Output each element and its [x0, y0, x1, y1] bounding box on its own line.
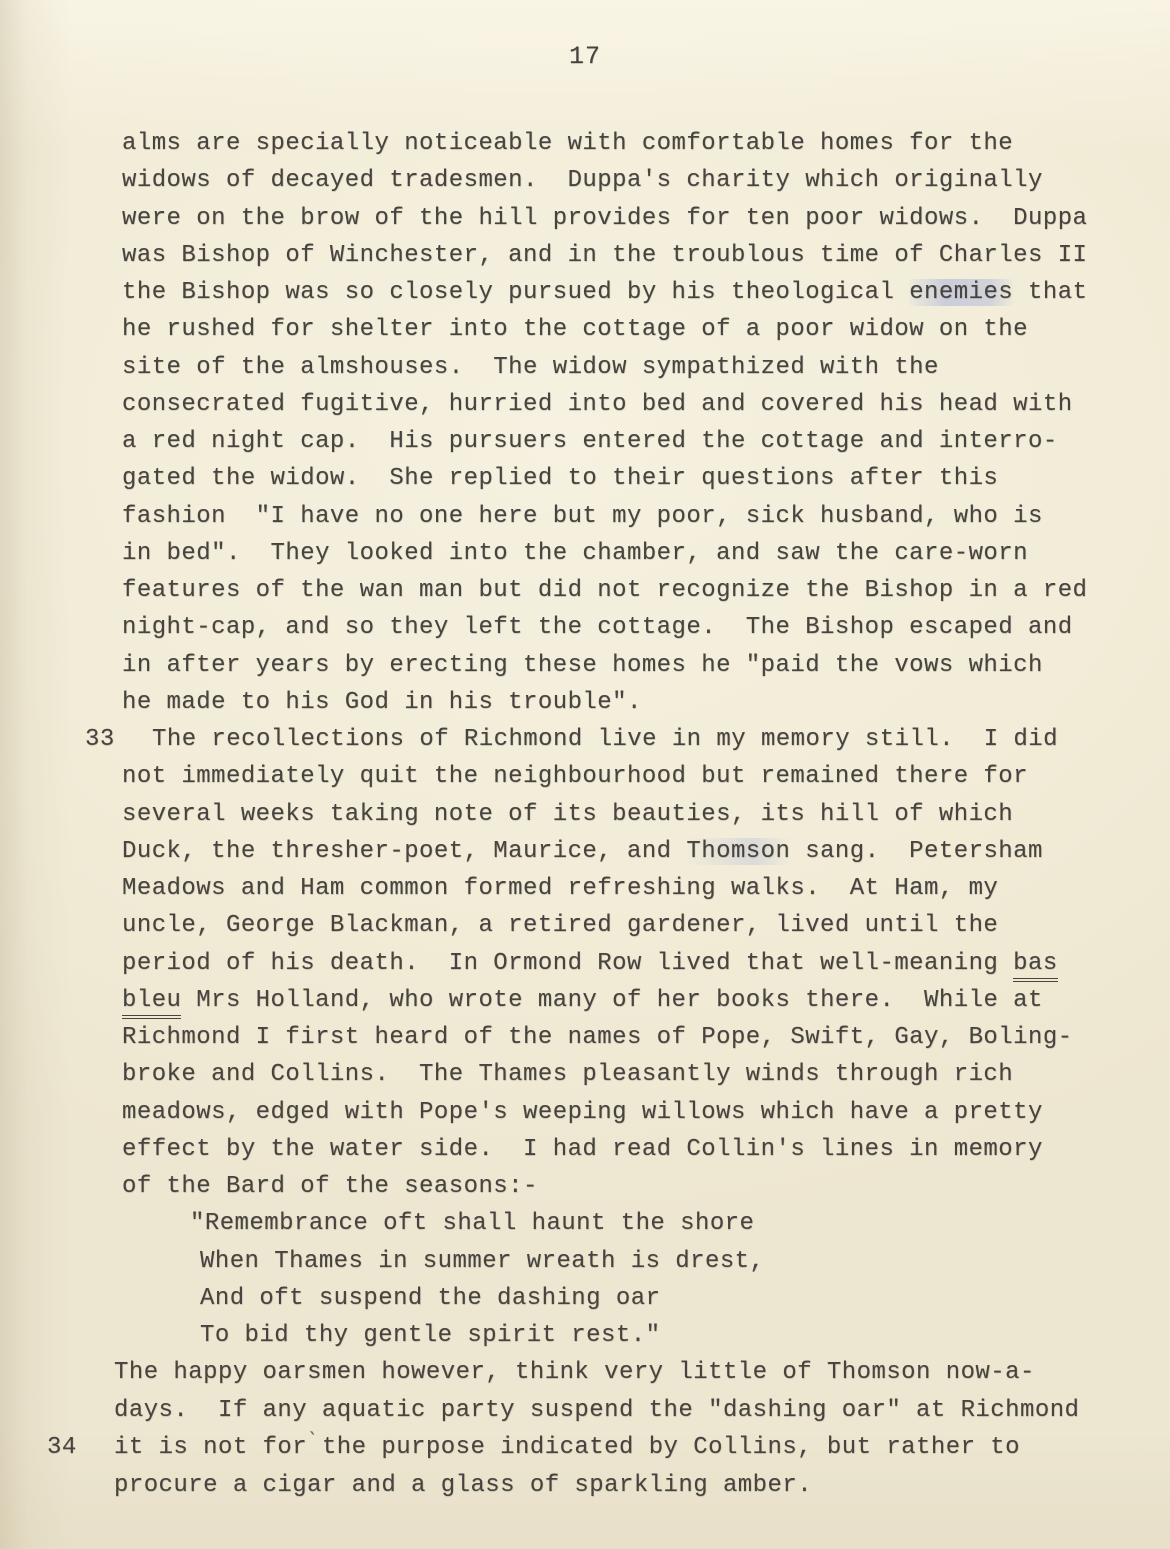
text-segment: several weeks taking note of its beautie…: [122, 801, 1013, 828]
margin-paragraph-number: 33: [85, 721, 115, 758]
text-line: several weeks taking note of its beautie…: [122, 796, 1132, 833]
text-segment: The happy oarsmen however, think very li…: [114, 1359, 1035, 1386]
text-segment: Thomson: [686, 838, 790, 865]
text-line: in bed". They looked into the chamber, a…: [122, 535, 1132, 572]
text-line: bleu Mrs Holland, who wrote many of her …: [122, 982, 1132, 1019]
text-segment: days. If any aquatic party suspend the "…: [114, 1397, 1079, 1424]
typewritten-text-block: alms are specially noticeable with comfo…: [122, 125, 1132, 1504]
text-segment: Duck, the thresher-poet, Maurice, and: [122, 838, 686, 865]
text-line: uncle, George Blackman, a retired garden…: [122, 907, 1132, 944]
text-segment: widows of decayed tradesmen. Duppa's cha…: [122, 167, 1043, 194]
text-segment: site of the almshouses. The widow sympat…: [122, 354, 939, 381]
text-line: alms are specially noticeable with comfo…: [122, 125, 1132, 162]
text-segment: broke and Collins. The Thames pleasantly…: [122, 1061, 1013, 1088]
margin-paragraph-number: 34: [47, 1429, 77, 1466]
text-segment: gated the widow. She replied to their qu…: [122, 465, 998, 492]
text-segment: that: [1013, 279, 1087, 306]
text-line: fashion "I have no one here but my poor,…: [122, 498, 1132, 535]
text-line: Richmond I first heard of the names of P…: [122, 1019, 1132, 1056]
text-segment: The recollections of Richmond live in my…: [152, 726, 1058, 753]
text-line: And oft suspend the dashing oar: [200, 1280, 1132, 1317]
text-segment: period of his death. In Ormond Row lived…: [122, 950, 1013, 977]
text-segment: alms are specially noticeable with comfo…: [122, 130, 1013, 157]
text-segment: a red night cap. His pursuers entered th…: [122, 428, 1058, 455]
text-line: in after years by erecting these homes h…: [122, 647, 1132, 684]
text-segment: meadows, edged with Pope's weeping willo…: [122, 1099, 1043, 1126]
text-line: days. If any aquatic party suspend the "…: [114, 1392, 1132, 1429]
scanned-typewritten-page: 17 alms are specially noticeable with co…: [0, 0, 1170, 1549]
text-line: a red night cap. His pursuers entered th…: [122, 423, 1132, 460]
text-segment: it is not for: [114, 1434, 307, 1461]
text-line: 33The recollections of Richmond live in …: [152, 721, 1132, 758]
text-line: the Bishop was so closely pursued by his…: [122, 274, 1132, 311]
text-segment: And oft suspend the dashing oar: [200, 1285, 660, 1312]
text-segment: To bid thy gentle spirit rest.": [200, 1322, 660, 1349]
underlined-text-segment: bleu: [122, 987, 181, 1019]
text-segment: night-cap, and so they left the cottage.…: [122, 614, 1073, 641]
text-segment: were on the brow of the hill provides fo…: [122, 205, 1087, 232]
text-segment: not immediately quit the neighbourhood b…: [122, 763, 1028, 790]
text-segment: uncle, George Blackman, a retired garden…: [122, 912, 998, 939]
text-line: The happy oarsmen however, think very li…: [114, 1354, 1132, 1391]
text-line: procure a cigar and a glass of sparkling…: [114, 1467, 1132, 1504]
page-number: 17: [0, 42, 1170, 71]
text-segment: features of the wan man but did not reco…: [122, 577, 1087, 604]
text-segment: he rushed for shelter into the cottage o…: [122, 316, 1028, 343]
text-segment: in bed". They looked into the chamber, a…: [122, 540, 1028, 567]
text-line: consecrated fugitive, hurried into bed a…: [122, 386, 1132, 423]
text-segment: Meadows and Ham common formed refreshing…: [122, 875, 998, 902]
text-segment: When Thames in summer wreath is drest,: [200, 1248, 764, 1275]
text-line: was Bishop of Winchester, and in the tro…: [122, 237, 1132, 274]
text-line: 34it is not for` the purpose indicated b…: [114, 1429, 1132, 1467]
text-line: not immediately quit the neighbourhood b…: [122, 758, 1132, 795]
text-segment: the Bishop was so closely pursued by his…: [122, 279, 909, 306]
text-line: period of his death. In Ormond Row lived…: [122, 945, 1132, 982]
text-segment: in after years by erecting these homes h…: [122, 652, 1043, 679]
text-line: broke and Collins. The Thames pleasantly…: [122, 1056, 1132, 1093]
text-segment: was Bishop of Winchester, and in the tro…: [122, 242, 1087, 269]
text-segment: Richmond I first heard of the names of P…: [122, 1024, 1073, 1051]
text-line: were on the brow of the hill provides fo…: [122, 200, 1132, 237]
text-line: gated the widow. She replied to their qu…: [122, 460, 1132, 497]
text-line: features of the wan man but did not reco…: [122, 572, 1132, 609]
text-line: meadows, edged with Pope's weeping willo…: [122, 1094, 1132, 1131]
text-segment: he made to his God in his trouble".: [122, 689, 642, 716]
text-segment: procure a cigar and a glass of sparkling…: [114, 1472, 812, 1499]
text-segment: the purpose indicated by Collins, but ra…: [307, 1434, 1020, 1461]
text-line: night-cap, and so they left the cottage.…: [122, 609, 1132, 646]
text-line: he made to his God in his trouble".: [122, 684, 1132, 721]
text-line: widows of decayed tradesmen. Duppa's cha…: [122, 162, 1132, 199]
text-segment: effect by the water side. I had read Col…: [122, 1136, 1043, 1163]
text-line: To bid thy gentle spirit rest.": [200, 1317, 1132, 1354]
text-line: he rushed for shelter into the cottage o…: [122, 311, 1132, 348]
underlined-text-segment: bas: [1013, 950, 1058, 982]
text-line: Meadows and Ham common formed refreshing…: [122, 870, 1132, 907]
text-segment: "Remembrance oft shall haunt the shore: [190, 1210, 754, 1237]
text-line: Duck, the thresher-poet, Maurice, and Th…: [122, 833, 1132, 870]
text-segment: of the Bard of the seasons:-: [122, 1173, 538, 1200]
text-line: of the Bard of the seasons:-: [122, 1168, 1132, 1205]
text-line: site of the almshouses. The widow sympat…: [122, 349, 1132, 386]
text-line: When Thames in summer wreath is drest,: [200, 1243, 1132, 1280]
text-segment: fashion "I have no one here but my poor,…: [122, 503, 1043, 530]
text-segment: Mrs Holland, who wrote many of her books…: [181, 987, 1042, 1014]
text-segment: enemies: [909, 279, 1013, 306]
text-segment: consecrated fugitive, hurried into bed a…: [122, 391, 1073, 418]
text-line: "Remembrance oft shall haunt the shore: [190, 1205, 1132, 1242]
text-line: effect by the water side. I had read Col…: [122, 1131, 1132, 1168]
text-segment: sang. Petersham: [790, 838, 1043, 865]
